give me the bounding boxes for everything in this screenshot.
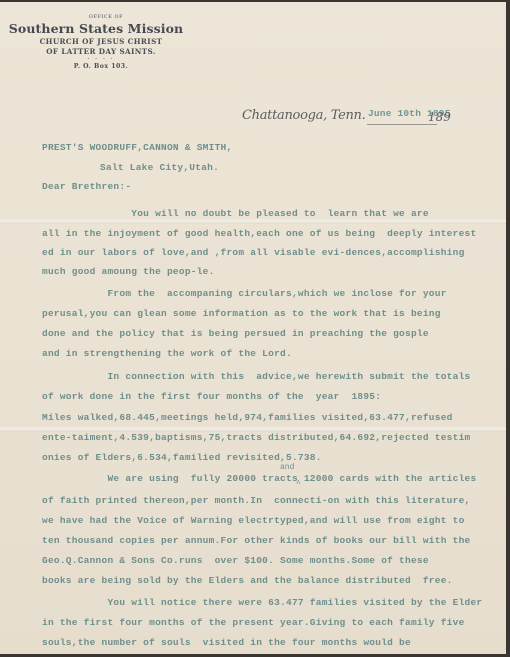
body-line: and in strengthening the work of the Lor… <box>42 348 292 360</box>
recipient-line: PREST'S WOODRUFF,CANNON & SMITH, <box>42 142 232 154</box>
body-line: souls,the number of souls visited in the… <box>42 637 411 649</box>
body-line: Miles walked,68.445,meetings held,974,fa… <box>42 412 453 424</box>
body-line: of faith printed thereon,per month.In co… <box>42 495 470 507</box>
body-line: much good amoung the peop-le. <box>42 266 215 278</box>
dateline-underline <box>367 124 437 125</box>
recipient-city: Salt Lake City,Utah. <box>100 162 219 174</box>
salutation: Dear Brethren:- <box>42 181 131 193</box>
inserted-word-and: and <box>280 463 294 472</box>
letterhead-dots: · · · · <box>18 57 184 62</box>
letterhead-mission-name: Southern States Mission <box>8 21 184 36</box>
body-line: ten thousand copies per annum.For other … <box>42 535 470 547</box>
body-line: ed in our labors of love,and ,from all v… <box>42 247 465 259</box>
dateline-printed-year: 189 <box>428 110 451 124</box>
body-line: done and the policy that is being persue… <box>42 328 429 340</box>
body-line: You will no doubt be pleased to learn th… <box>42 208 429 220</box>
dateline: Chattanooga, Tenn. June 10th 1895 189 <box>242 106 502 128</box>
scan-border-right <box>506 0 510 657</box>
letterhead-church-line1: CHURCH OF JESUS CHRIST <box>18 37 184 46</box>
body-line: In connection with this advice,we herewi… <box>42 371 470 383</box>
body-line: ente-taiment,4.539,baptisms,75,tracts di… <box>42 432 470 444</box>
letter-page: OFFICE OF Southern States Mission CHURCH… <box>0 2 506 654</box>
body-line: books are being sold by the Elders and t… <box>42 575 453 587</box>
body-line: You will notice there were 63.477 famili… <box>42 597 482 609</box>
body-line: perusal,you can glean some information a… <box>42 308 441 320</box>
body-line: Geo.Q.Cannon & Sons Co.runs over $100. S… <box>42 555 429 567</box>
letterhead-office-of: OFFICE OF <box>28 14 184 20</box>
letterhead-po-box: P. O. Box 103. <box>18 63 184 70</box>
body-line: of work done in the first four months of… <box>42 391 381 403</box>
body-line: we have had the Voice of Warning electrt… <box>42 515 465 527</box>
body-line: We are using fully 20000 tracts 12000 ca… <box>42 473 476 485</box>
dateline-place: Chattanooga, Tenn. <box>242 108 365 123</box>
body-line: in the first four months of the present … <box>42 617 465 629</box>
letterhead-church-line2: OF LATTER DAY SAINTS. <box>18 47 184 56</box>
body-line: From the accompaning circulars,which we … <box>42 288 447 300</box>
letterhead: OFFICE OF Southern States Mission CHURCH… <box>8 14 184 70</box>
body-line: all in the injoyment of good health,each… <box>42 228 476 240</box>
